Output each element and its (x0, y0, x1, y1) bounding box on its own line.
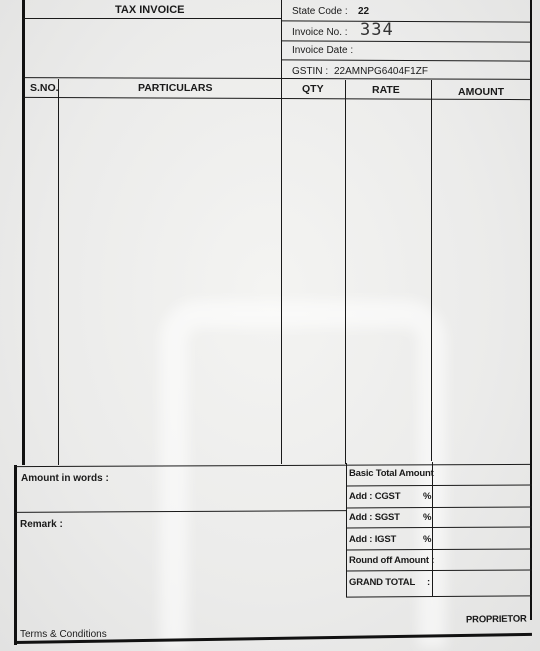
header-divider (23, 18, 281, 19)
invoice-date-label: Invoice Date : (292, 45, 353, 56)
col-divider-particulars (281, 80, 282, 464)
invoice-no-label: Invoice No. : (292, 27, 348, 38)
invoice-no-value: 334 (360, 20, 394, 40)
totals-label-cgst: Add : CGST (349, 491, 400, 502)
state-code-label: State Code : (292, 6, 348, 17)
document-title: TAX INVOICE (115, 4, 184, 16)
header-column-divider (281, 0, 282, 84)
col-header-rate: RATE (372, 84, 400, 96)
totals-label-basic: Basic Total Amount (349, 468, 434, 479)
state-code-value: 22 (358, 6, 369, 17)
col-header-qty: QTY (302, 83, 324, 95)
row-divider (282, 20, 530, 22)
totals-cgst-suffix: % (423, 491, 431, 502)
totals-label-grand-total: GRAND TOTAL (349, 577, 415, 588)
totals-label-igst: Add : IGST (349, 534, 396, 545)
totals-igst-suffix: % (423, 534, 431, 545)
totals-label-roundoff: Round off Amount : (349, 555, 434, 566)
totals-divider (432, 462, 433, 596)
gstin-label: GSTIN : (292, 66, 328, 77)
frame-left-border-lower (14, 465, 17, 645)
row-divider (282, 40, 530, 42)
frame-left-border (22, 0, 25, 465)
col-divider-rate (431, 80, 432, 461)
table-top-border (23, 77, 530, 80)
totals-label-sgst: Add : SGST (349, 512, 400, 523)
row-divider (282, 59, 530, 61)
totals-sgst-suffix: % (423, 512, 431, 523)
proprietor-label: PROPRIETOR (466, 613, 527, 625)
totals-left-border (346, 463, 347, 597)
col-divider-sno (58, 79, 59, 465)
col-header-amount: AMOUNT (458, 86, 504, 98)
col-header-sno: S.NO. (30, 82, 59, 94)
col-header-particulars: PARTICULARS (138, 82, 212, 94)
col-divider-qty (345, 80, 346, 464)
gstin-value: 22AMNPG6404F1ZF (334, 66, 428, 77)
remark-label: Remark : (20, 519, 63, 530)
terms-label: Terms & Conditions (20, 629, 107, 640)
amount-in-words-label: Amount in words : (21, 473, 109, 484)
invoice-sheet: TAX INVOICE State Code : 22 Invoice No. … (0, 0, 540, 651)
table-header-bottom (23, 97, 530, 100)
totals-grand-total-suffix: : (427, 577, 430, 588)
